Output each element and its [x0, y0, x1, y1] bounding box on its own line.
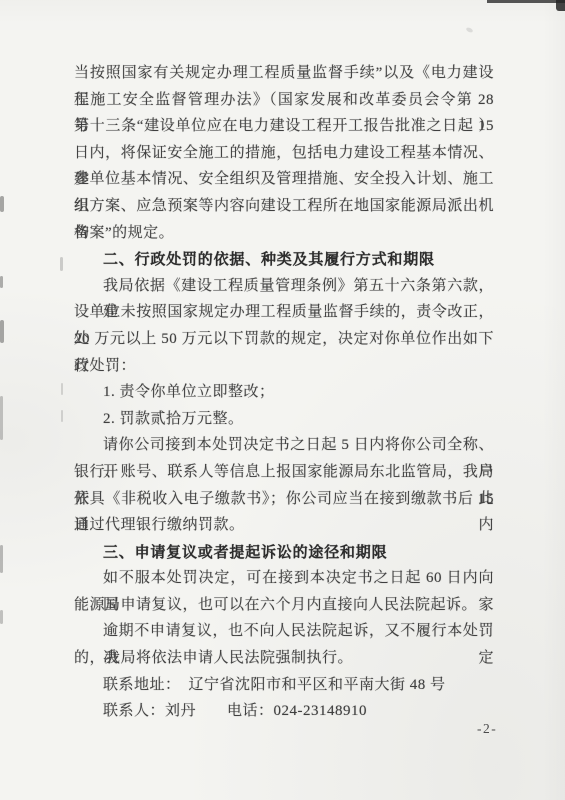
document-line: 逾期不申请复议，也不向人民法院起诉，又不履行本处罚决定 — [74, 618, 494, 645]
scan-artifact-speck — [465, 27, 473, 34]
document-line: 当按照国家有关规定办理工程质量监督手续”以及《电力建设工 — [74, 60, 494, 87]
scan-artifact-smudge — [61, 410, 63, 422]
document-line: 备案”的规定。 — [74, 220, 494, 247]
scan-artifact-left-edge — [0, 610, 3, 624]
document-line: 银行、账号、联系人等信息上报国家能源局东北监管局，我局依此 — [74, 459, 494, 486]
document-line: 请你公司接到本处罚决定书之日起 5 日内将你公司全称、开户 — [74, 432, 494, 459]
scan-artifact-smudge — [61, 383, 63, 395]
scan-artifact-smudge — [60, 257, 63, 271]
document-line: 第十三条“建设单位应在电力建设工程开工报告批准之日起 15 — [74, 113, 494, 140]
section-heading-3: 三、申请复议或者提起诉讼的途径和期限 — [74, 539, 494, 566]
document-line: 设单位未按照国家规定办理工程质量监督手续的，责令改正，处 — [74, 299, 494, 326]
scan-artifact-top-right-corner — [556, 0, 565, 11]
scan-artifact-left-edge — [0, 320, 4, 343]
scan-artifact-left-edge — [0, 396, 3, 440]
document-line: 程施工安全监督管理办法》（国家发展和改革委员会令第 28 号） — [74, 87, 494, 114]
penalty-item-2: 2. 罚款贰拾万元整。 — [74, 406, 494, 433]
scan-artifact-left-edge — [0, 196, 4, 212]
contact-address-line: 联系地址： 辽宁省沈阳市和平区和平南大街 48 号 — [74, 672, 494, 699]
document-line: 如不服本处罚决定，可在接到本决定书之日起 60 日内向国家 — [74, 565, 494, 592]
document-line: 建单位基本情况、安全组织及管理措施、安全投入计划、施工组 — [74, 166, 494, 193]
document-line: 能源局申请复议，也可以在六个月内直接向人民法院起诉。 — [74, 592, 494, 619]
document-line: 我局依据《建设工程质量管理条例》第五十六条第六款，建 — [74, 273, 494, 300]
document-line: 织方案、应急预案等内容向建设工程所在地国家能源局派出机构 — [74, 193, 494, 220]
scan-artifact-top-edge-line — [487, 0, 565, 3]
scan-artifact-left-edge — [0, 545, 3, 573]
page-number: -2- — [477, 721, 497, 737]
document-body: 当按照国家有关规定办理工程质量监督手续”以及《电力建设工 程施工安全监督管理办法… — [74, 60, 494, 725]
scanned-document-page: 当按照国家有关规定办理工程质量监督手续”以及《电力建设工 程施工安全监督管理办法… — [0, 0, 565, 800]
penalty-item-1: 1. 责令你单位立即整改； — [74, 379, 494, 406]
document-line: 政处罚： — [74, 353, 494, 380]
contact-person-line: 联系人：刘丹 电话：024-23148910 — [74, 698, 494, 725]
scan-artifact-left-edge — [0, 276, 3, 288]
document-line: 20 万元以上 50 万元以下罚款的规定，决定对你单位作出如下行 — [74, 326, 494, 353]
document-line: 开具《非税收入电子缴款书》；你公司应当在接到缴款书后 15 日内 — [74, 486, 494, 513]
section-heading-2: 二、行政处罚的依据、种类及其履行方式和期限 — [74, 246, 494, 273]
document-line: 日内，将保证安全施工的措施，包括电力建设工程基本情况、参 — [74, 140, 494, 167]
